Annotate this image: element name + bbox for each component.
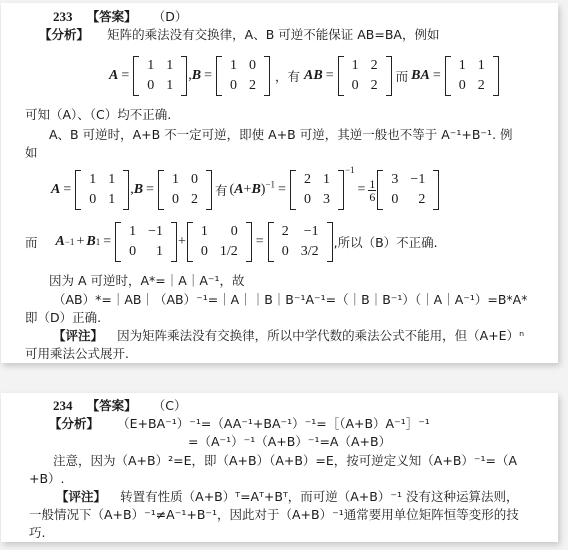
paragraph-2-line-1: A、B 可逆时，A+B 不一定可逆，即使 A+B 可逆，其逆一般也不等于 A⁻¹… [49, 127, 512, 143]
answer-label: 【答案】 [87, 9, 137, 24]
conclusion-1: 可知（A）、（C）均不正确. [25, 107, 171, 123]
matrix-B: 10 02 [216, 56, 270, 96]
answer-value: （C） [153, 398, 187, 413]
analysis-line: 【分析】 矩阵的乘法没有交换律，A、B 可逆不能保证 AB=BA，例如 [39, 27, 439, 44]
problem-number: 233 [53, 9, 73, 24]
answer-value: （D） [153, 9, 188, 24]
matrix-AB: 12 02 [338, 56, 392, 96]
comment-line-1: 【评注】 因为矩阵乘法没有交换律，所以中学代数的乘法公式不能用，但（A+E）ⁿ [53, 328, 524, 345]
analysis-line-1: 【分析】 （E+BA⁻¹）⁻¹=（AA⁻¹+BA⁻¹）⁻¹=［（A+B）A⁻¹］… [49, 416, 430, 433]
analysis-label: 【分析】 [49, 416, 99, 431]
paragraph-2-line-2: 如 [25, 145, 38, 161]
analysis-line-2: =（A⁻¹）⁻¹（A+B）⁻¹=A（A+B） [188, 434, 391, 450]
note-line-2: +B）. [29, 471, 65, 487]
comment-line-2: 可用乘法公式展开. [25, 346, 129, 362]
answer-label: 【答案】 [87, 398, 137, 413]
comment-label: 【评注】 [56, 489, 106, 504]
paragraph-3-line-2: （AB）*=｜AB｜（AB）⁻¹=｜A｜｜B｜B⁻¹A⁻¹=（｜B｜B⁻¹）（｜… [53, 292, 527, 308]
matrix-BA: 11 02 [445, 56, 499, 96]
conclusion-2: 即（D）正确. [25, 310, 101, 326]
example-3-formula: 而 A−1+B1= 1−1 01 + 10 01/2 = 2−1 03/2 ,所… [25, 216, 438, 268]
problem-234-header: 234 【答案】 （C） [53, 398, 187, 415]
example-1-formula: A= 11 01 ,B= 10 02 ，有 AB= 12 02 而 BA= 11… [109, 53, 500, 99]
matrix-A: 11 01 [133, 56, 187, 96]
paragraph-3-line-1: 因为 A 可逆时，A*=｜A｜A⁻¹，故 [49, 273, 244, 289]
analysis-intro: 矩阵的乘法没有交换律，A、B 可逆不能保证 AB=BA，例如 [107, 27, 439, 42]
analysis-label: 【分析】 [39, 27, 89, 42]
problem-number: 234 [53, 398, 73, 413]
example-2-formula: A= 11 01 ,B= 10 02 有 (A+B)−1= 21 03 −1 =… [51, 166, 440, 214]
comment-line-1: 【评注】 转置有性质（A+B）ᵀ=Aᵀ+Bᵀ，而可逆（A+B）⁻¹ 没有这种运算… [56, 489, 518, 506]
comment-line-2: 一般情况下（A+B）⁻¹≠A⁻¹+B⁻¹，因此对于（A+B）⁻¹通常要用单位矩阵… [29, 507, 519, 523]
comment-label: 【评注】 [53, 328, 103, 343]
note-line-1: 注意，因为（A+B）²=E，即（A+B）（A+B）=E，按可逆定义知（A+B）⁻… [53, 453, 517, 469]
problem-233-header: 233 【答案】 （D） [53, 9, 187, 26]
problem-233-card: 233 【答案】 （D） 【分析】 矩阵的乘法没有交换律，A、B 可逆不能保证 … [1, 3, 558, 363]
problem-234-card: 234 【答案】 （C） 【分析】 （E+BA⁻¹）⁻¹=（AA⁻¹+BA⁻¹）… [1, 393, 558, 542]
comment-line-3: 巧. [29, 525, 45, 541]
